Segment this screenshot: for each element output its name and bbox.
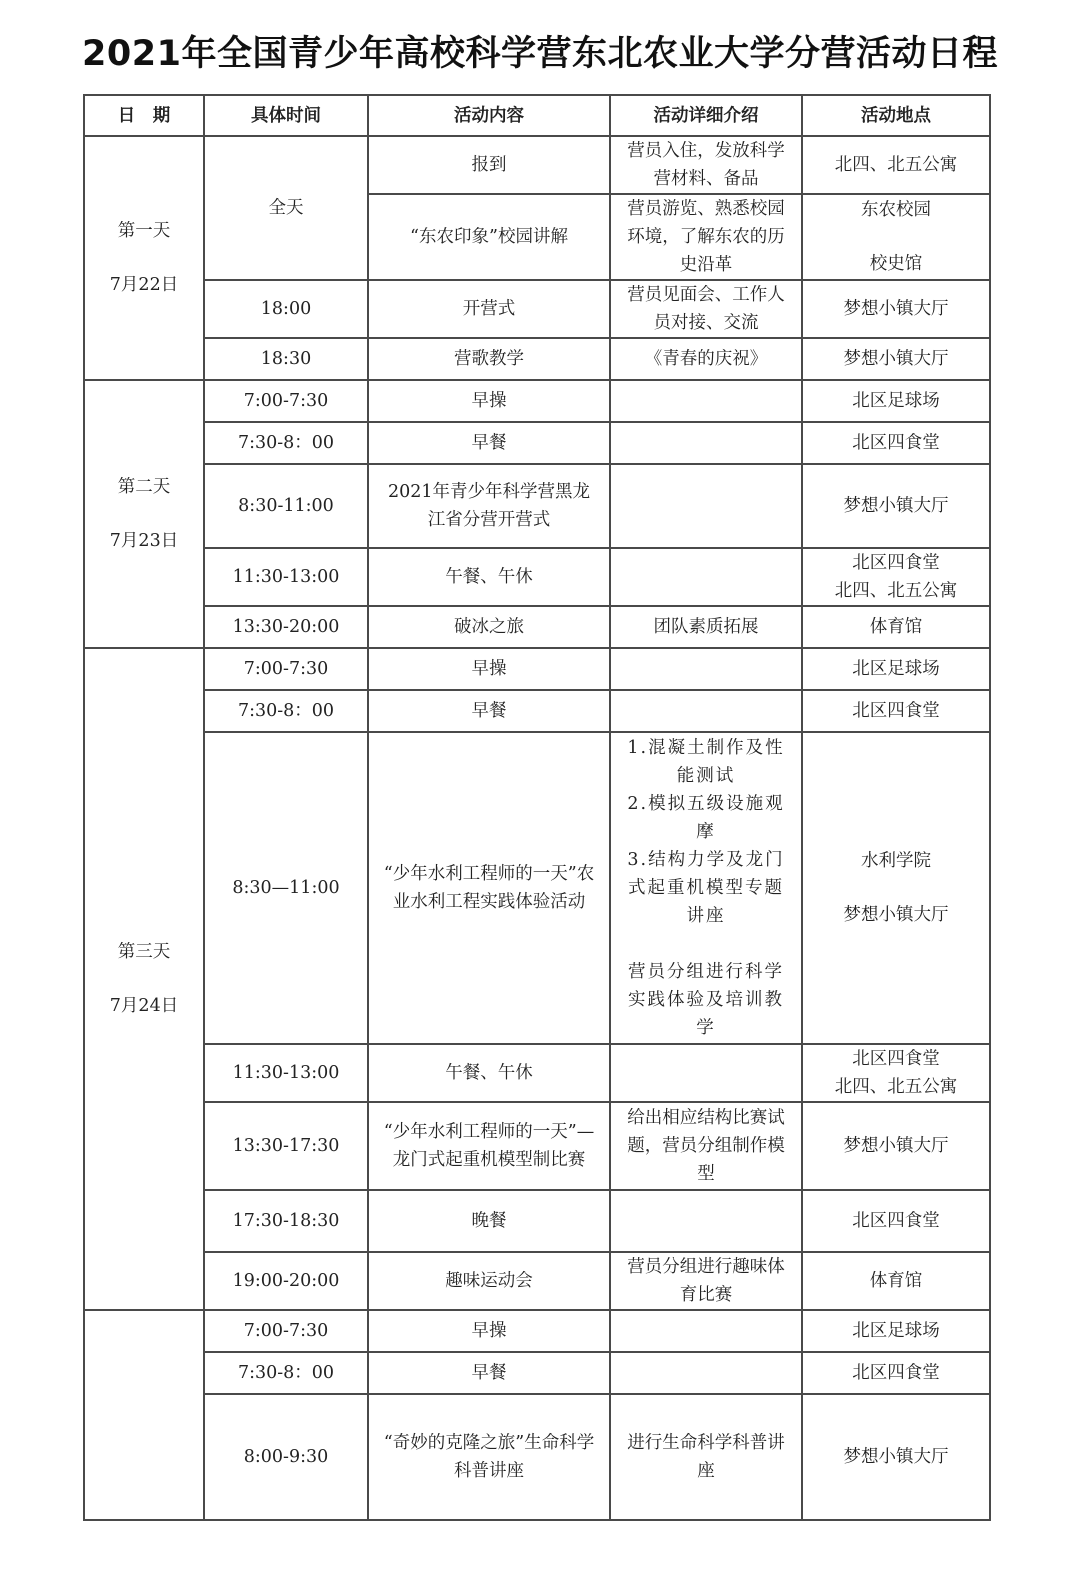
detail-line: 营员分组进行科学实践体验及培训教学: [619, 958, 793, 1042]
location-cell: 北区四食堂: [802, 1190, 990, 1252]
detail-cell: 营员入住，发放科学营材料、备品: [610, 136, 802, 194]
detail-cell: [610, 422, 802, 464]
location-cell: 梦想小镇大厅: [802, 280, 990, 338]
page-title: 2021年全国青少年高校科学营东北农业大学分营活动日程: [0, 26, 1080, 76]
table-row: 7:30-8：00 早餐 北区四食堂: [84, 690, 990, 732]
table-row: 第三天 7月24日 7:00-7:30 早操 北区足球场: [84, 648, 990, 690]
location-line: 东农校园: [811, 196, 981, 224]
activity-cell: 2021年青少年科学营黑龙江省分营开营式: [368, 464, 610, 548]
activity-cell: “少年水利工程师的一天”—龙门式起重机模型制比赛: [368, 1102, 610, 1190]
table-row: 7:00-7:30 早操 北区足球场: [84, 1310, 990, 1352]
detail-cell: 《青春的庆祝》: [610, 338, 802, 380]
table-row: 17:30-18:30 晚餐 北区四食堂: [84, 1190, 990, 1252]
detail-cell: [610, 380, 802, 422]
table-row: 11:30-13:00 午餐、午休 北区四食堂 北四、北五公寓: [84, 548, 990, 606]
table-row: 第二天 7月23日 7:00-7:30 早操 北区足球场: [84, 380, 990, 422]
time-cell: 7:00-7:30: [204, 380, 368, 422]
activity-cell: “东农印象”校园讲解: [368, 194, 610, 280]
location-line: 梦想小镇大厅: [811, 901, 981, 929]
day-label: 第二天: [93, 473, 195, 501]
table-header-row: 日 期 具体时间 活动内容 活动详细介绍 活动地点: [84, 95, 990, 136]
header-location: 活动地点: [802, 95, 990, 136]
activity-cell: 破冰之旅: [368, 606, 610, 648]
detail-cell: 团队素质拓展: [610, 606, 802, 648]
location-cell: 北四、北五公寓: [802, 136, 990, 194]
time-cell: 18:00: [204, 280, 368, 338]
day-date: 7月24日: [93, 992, 195, 1020]
detail-cell: [610, 1310, 802, 1352]
header-time: 具体时间: [204, 95, 368, 136]
day-label: 第一天: [93, 217, 195, 245]
day-cell-3: 第三天 7月24日: [84, 648, 204, 1310]
day-date: 7月23日: [93, 527, 195, 555]
location-line: 水利学院: [811, 847, 981, 875]
detail-line: 3.结构力学及龙门式起重机模型专题讲座: [619, 846, 793, 930]
header-activity: 活动内容: [368, 95, 610, 136]
location-cell: 体育馆: [802, 1252, 990, 1310]
location-cell: 北区足球场: [802, 648, 990, 690]
time-cell: 8:30-11:00: [204, 464, 368, 548]
table-row: 13:30-17:30 “少年水利工程师的一天”—龙门式起重机模型制比赛 给出相…: [84, 1102, 990, 1190]
detail-cell: 营员游览、熟悉校园环境，了解东农的历史沿革: [610, 194, 802, 280]
activity-cell: 午餐、午休: [368, 548, 610, 606]
location-cell: 梦想小镇大厅: [802, 1102, 990, 1190]
detail-cell: 进行生命科学科普讲座: [610, 1394, 802, 1520]
time-cell: 11:30-13:00: [204, 1044, 368, 1102]
activity-cell: 营歌教学: [368, 338, 610, 380]
location-cell: 梦想小镇大厅: [802, 464, 990, 548]
detail-cell: 营员见面会、工作人员对接、交流: [610, 280, 802, 338]
header-date: 日 期: [84, 95, 204, 136]
time-cell: 7:30-8：00: [204, 422, 368, 464]
activity-cell: 早餐: [368, 1352, 610, 1394]
activity-cell: 早餐: [368, 422, 610, 464]
table-row: 8:30-11:00 2021年青少年科学营黑龙江省分营开营式 梦想小镇大厅: [84, 464, 990, 548]
header-detail: 活动详细介绍: [610, 95, 802, 136]
time-cell: 8:30—11:00: [204, 732, 368, 1044]
location-cell: 体育馆: [802, 606, 990, 648]
location-line: 北四、北五公寓: [811, 577, 981, 605]
location-cell: 北区四食堂 北四、北五公寓: [802, 1044, 990, 1102]
table-row: 8:30—11:00 “少年水利工程师的一天”农业水利工程实践体验活动 1.混凝…: [84, 732, 990, 1044]
activity-cell: 早操: [368, 1310, 610, 1352]
day-label: 第三天: [93, 938, 195, 966]
detail-line: 2.模拟五级设施观摩: [619, 790, 793, 846]
activity-cell: “奇妙的克隆之旅”生命科学科普讲座: [368, 1394, 610, 1520]
location-line: 北区四食堂: [811, 549, 981, 577]
time-cell: 7:30-8：00: [204, 690, 368, 732]
table-row: 18:30 营歌教学 《青春的庆祝》 梦想小镇大厅: [84, 338, 990, 380]
table-row: 7:30-8：00 早餐 北区四食堂: [84, 422, 990, 464]
activity-cell: 晚餐: [368, 1190, 610, 1252]
detail-cell: [610, 548, 802, 606]
location-cell: 北区四食堂: [802, 1352, 990, 1394]
detail-cell: [610, 1190, 802, 1252]
day-cell-4: [84, 1310, 204, 1520]
table-row: 18:00 开营式 营员见面会、工作人员对接、交流 梦想小镇大厅: [84, 280, 990, 338]
time-cell: 11:30-13:00: [204, 548, 368, 606]
activity-cell: 早餐: [368, 690, 610, 732]
time-cell: 8:00-9:30: [204, 1394, 368, 1520]
time-cell: 13:30-17:30: [204, 1102, 368, 1190]
location-cell: 北区足球场: [802, 380, 990, 422]
time-cell: 7:00-7:30: [204, 1310, 368, 1352]
table-row: 19:00-20:00 趣味运动会 营员分组进行趣味体育比赛 体育馆: [84, 1252, 990, 1310]
activity-cell: 报到: [368, 136, 610, 194]
detail-cell: 营员分组进行趣味体育比赛: [610, 1252, 802, 1310]
schedule-table: 日 期 具体时间 活动内容 活动详细介绍 活动地点 第一天 7月22日 全天 报…: [83, 94, 991, 1521]
time-cell: 17:30-18:30: [204, 1190, 368, 1252]
location-cell: 北区四食堂: [802, 690, 990, 732]
activity-cell: 开营式: [368, 280, 610, 338]
table-row: 8:00-9:30 “奇妙的克隆之旅”生命科学科普讲座 进行生命科学科普讲座 梦…: [84, 1394, 990, 1520]
detail-cell: [610, 648, 802, 690]
day-date: 7月22日: [93, 271, 195, 299]
activity-cell: 午餐、午休: [368, 1044, 610, 1102]
location-cell: 水利学院 梦想小镇大厅: [802, 732, 990, 1044]
detail-cell: [610, 1352, 802, 1394]
location-cell: 梦想小镇大厅: [802, 1394, 990, 1520]
detail-cell: [610, 1044, 802, 1102]
activity-cell: 趣味运动会: [368, 1252, 610, 1310]
table-row: 7:30-8：00 早餐 北区四食堂: [84, 1352, 990, 1394]
table-row: 11:30-13:00 午餐、午休 北区四食堂 北四、北五公寓: [84, 1044, 990, 1102]
time-cell: 7:00-7:30: [204, 648, 368, 690]
time-cell: 13:30-20:00: [204, 606, 368, 648]
activity-cell: “少年水利工程师的一天”农业水利工程实践体验活动: [368, 732, 610, 1044]
time-cell: 18:30: [204, 338, 368, 380]
detail-cell: [610, 464, 802, 548]
time-cell: 7:30-8：00: [204, 1352, 368, 1394]
location-line: 校史馆: [811, 250, 981, 278]
activity-cell: 早操: [368, 380, 610, 422]
location-line: 北四、北五公寓: [811, 1073, 981, 1101]
activity-cell: 早操: [368, 648, 610, 690]
location-cell: 东农校园 校史馆: [802, 194, 990, 280]
location-cell: 北区四食堂: [802, 422, 990, 464]
table-row: 13:30-20:00 破冰之旅 团队素质拓展 体育馆: [84, 606, 990, 648]
detail-cell: 1.混凝土制作及性能测试 2.模拟五级设施观摩 3.结构力学及龙门式起重机模型专…: [610, 732, 802, 1044]
time-cell: 19:00-20:00: [204, 1252, 368, 1310]
day-cell-2: 第二天 7月23日: [84, 380, 204, 648]
location-line: 北区四食堂: [811, 1045, 981, 1073]
day-cell-1: 第一天 7月22日: [84, 136, 204, 380]
table-row: 第一天 7月22日 全天 报到 营员入住，发放科学营材料、备品 北四、北五公寓: [84, 136, 990, 194]
location-cell: 北区足球场: [802, 1310, 990, 1352]
detail-cell: 给出相应结构比赛试题，营员分组制作模型: [610, 1102, 802, 1190]
location-cell: 梦想小镇大厅: [802, 338, 990, 380]
detail-cell: [610, 690, 802, 732]
detail-line: 1.混凝土制作及性能测试: [619, 734, 793, 790]
time-cell: 全天: [204, 136, 368, 280]
location-cell: 北区四食堂 北四、北五公寓: [802, 548, 990, 606]
